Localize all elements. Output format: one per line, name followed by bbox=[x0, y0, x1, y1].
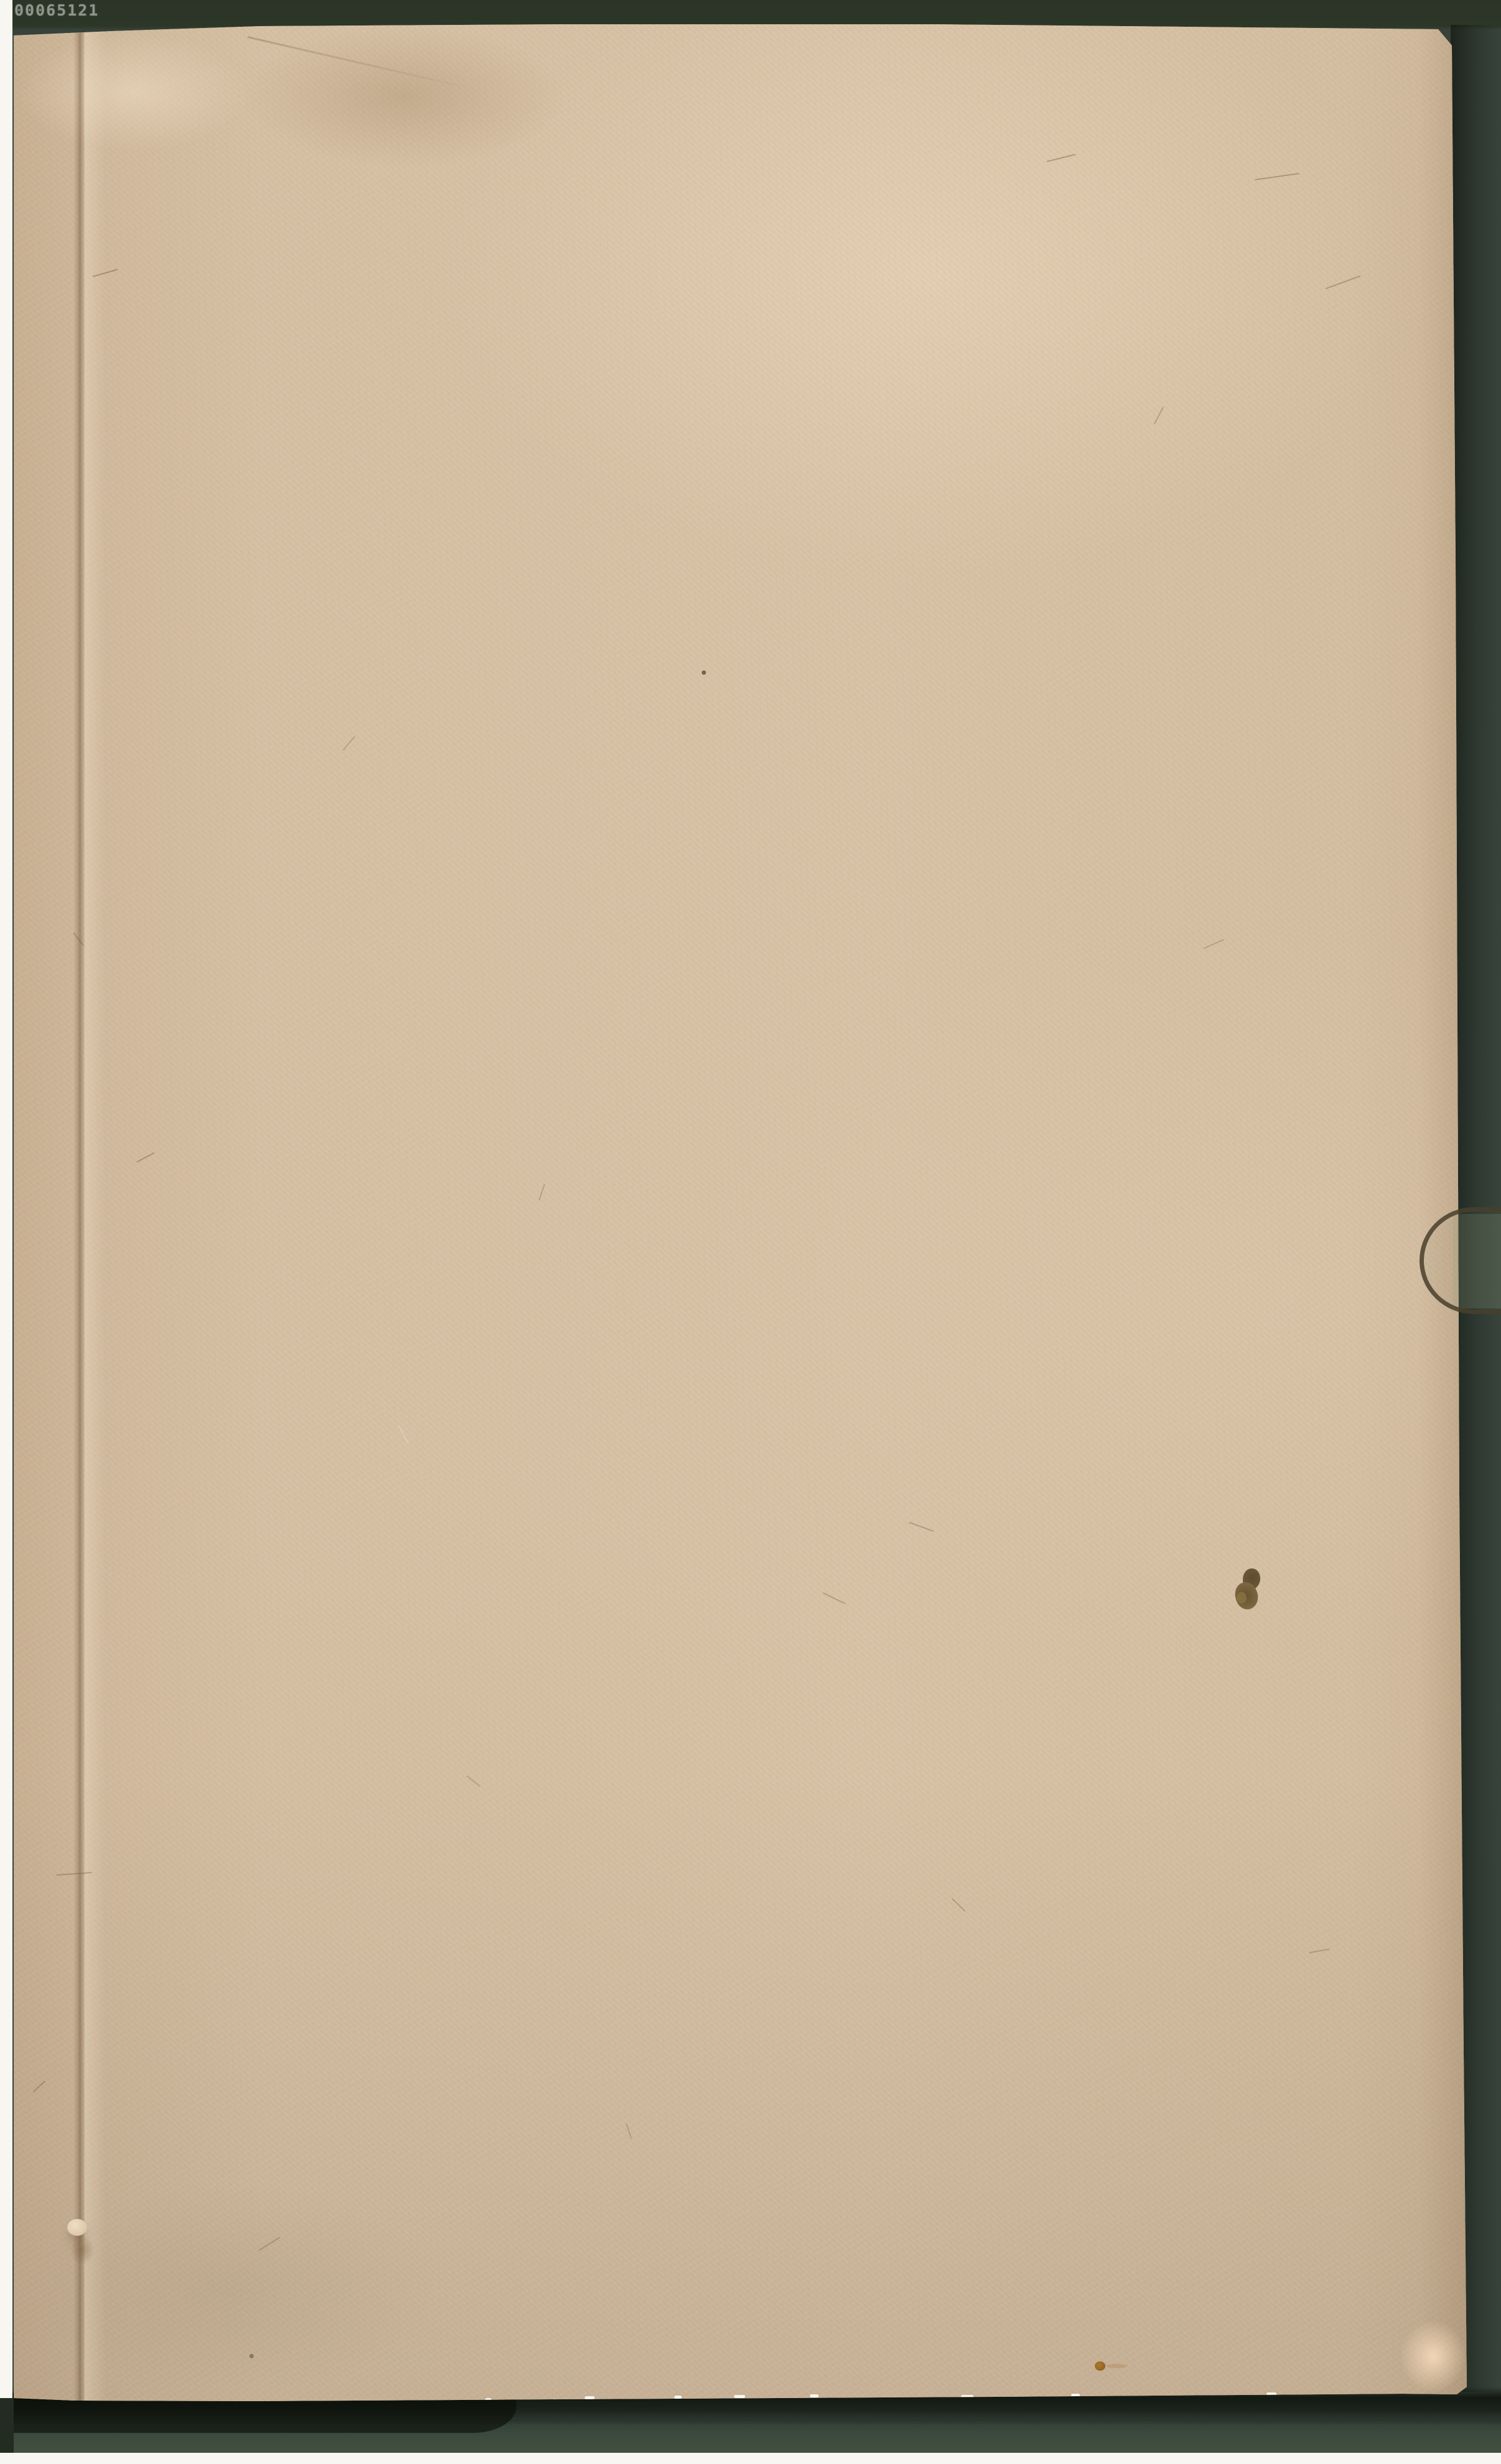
orange-speck bbox=[1095, 2361, 1105, 2371]
paper-speck bbox=[249, 2354, 254, 2358]
book-page bbox=[0, 0, 1501, 2464]
paper-corner-wear bbox=[1398, 2318, 1468, 2394]
ink-stain bbox=[1237, 1592, 1247, 1603]
binding-crease-highlight bbox=[85, 25, 106, 2402]
paper-shading-bottom-left bbox=[12, 2177, 448, 2402]
paper-grain-texture bbox=[0, 0, 1501, 2464]
paper-shading-top-left-light bbox=[12, 30, 255, 154]
deckle-glint bbox=[734, 2395, 745, 2398]
scan-id-stamp: 00065121 bbox=[14, 1, 99, 19]
deckle-glint bbox=[810, 2394, 819, 2397]
binding-crease bbox=[73, 25, 85, 2402]
deckle-glint bbox=[585, 2396, 595, 2399]
book-scan-image: 00065121 bbox=[0, 0, 1501, 2464]
deckle-glint bbox=[674, 2396, 682, 2399]
backdrop-bottom-left-patch bbox=[0, 2398, 14, 2453]
orange-speck-smudge bbox=[1106, 2364, 1127, 2368]
paper-speck bbox=[702, 670, 706, 675]
paper-shading-top-left-dark bbox=[230, 19, 579, 174]
